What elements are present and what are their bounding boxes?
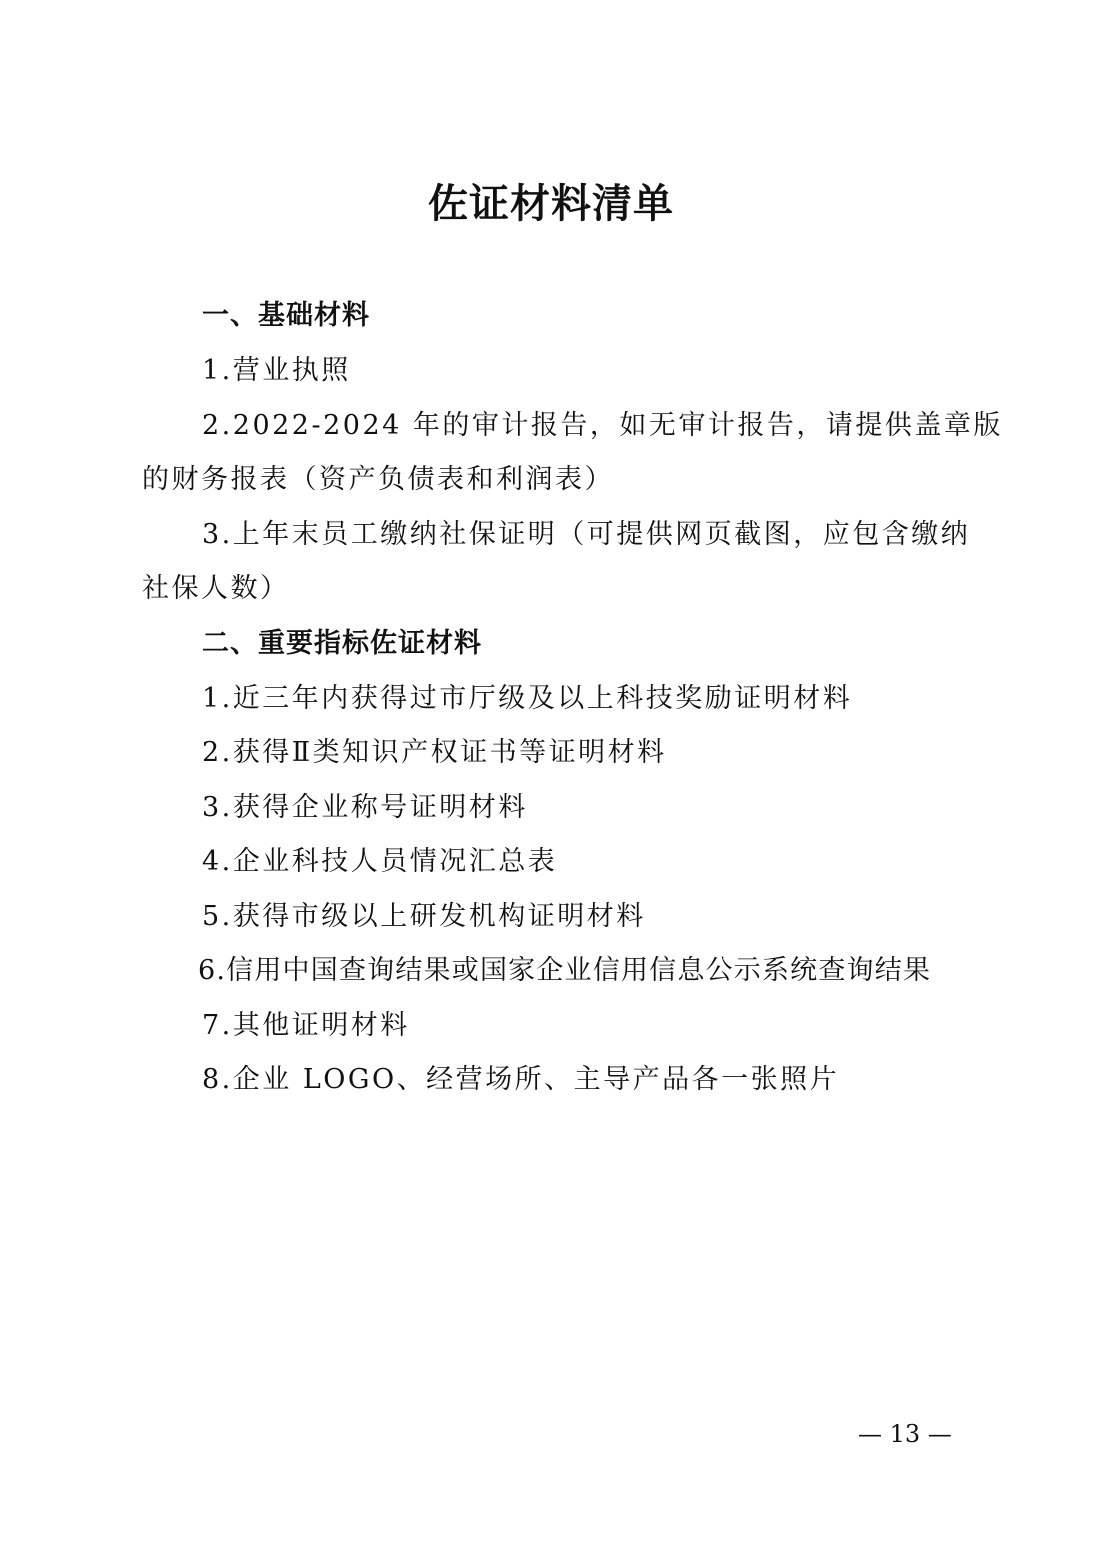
list-item-continuation: 的财务报表（资产负债表和利润表）	[142, 462, 614, 498]
list-item-continuation: 社保人数）	[142, 571, 290, 607]
list-item: 6.信用中国查询结果或国家企业信用信息公示系统查询结果	[198, 953, 931, 989]
list-item: 2.获得Ⅱ类知识产权证书等证明材料	[202, 735, 667, 771]
list-item: 5.获得市级以上研发机构证明材料	[202, 899, 646, 935]
list-item: 2.2022-2024 年的审计报告，如无审计报告，请提供盖章版	[202, 408, 1003, 444]
page-number: — 13 —	[858, 1418, 952, 1450]
document-title: 佐证材料清单	[0, 176, 1102, 232]
list-item: 1.营业执照	[202, 353, 351, 389]
list-item: 7.其他证明材料	[202, 1008, 410, 1044]
list-item: 3.获得企业称号证明材料	[202, 790, 528, 826]
list-item: 1.近三年内获得过市厅级及以上科技奖励证明材料	[202, 681, 852, 717]
list-item: 4.企业科技人员情况汇总表	[202, 844, 557, 880]
list-item: 3.上年末员工缴纳社保证明（可提供网页截图，应包含缴纳	[202, 517, 970, 553]
section-heading-basic: 一、基础材料	[202, 298, 370, 334]
section-heading-indicators: 二、重要指标佐证材料	[202, 626, 482, 662]
list-item: 8.企业 LOGO、经营场所、主导产品各一张照片	[202, 1062, 839, 1098]
